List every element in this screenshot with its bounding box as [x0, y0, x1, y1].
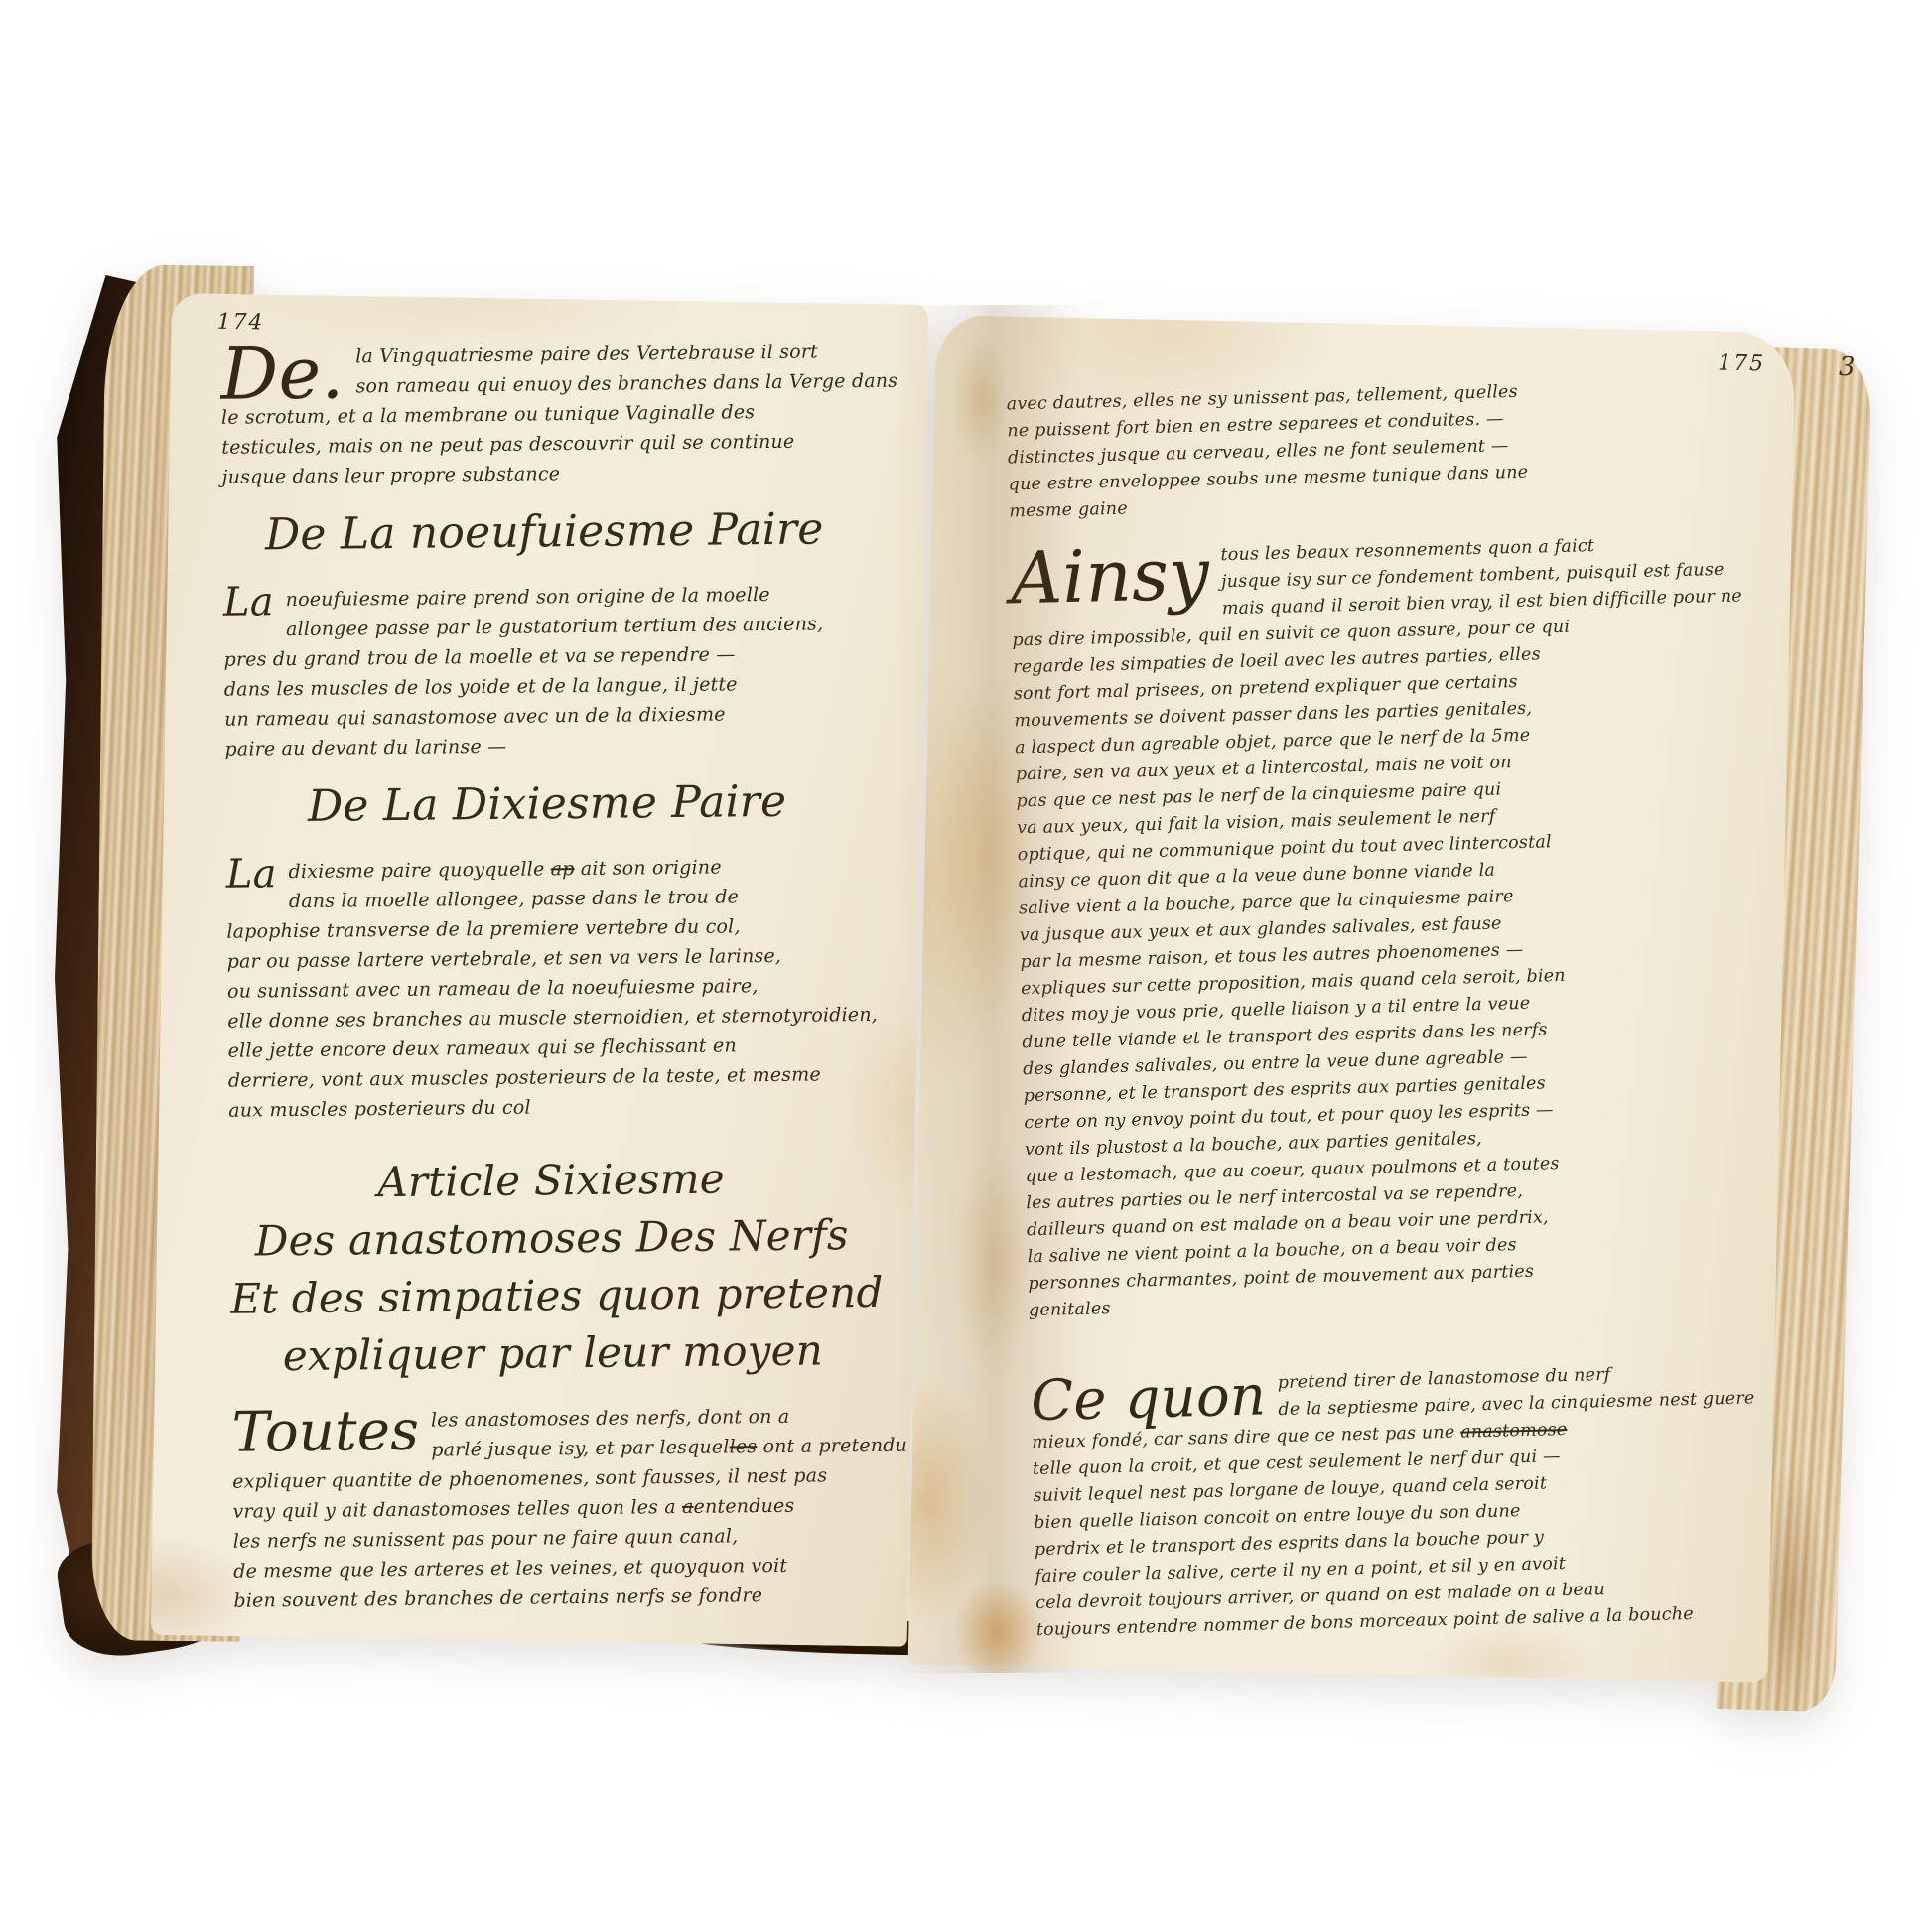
manuscript-paragraph: Ce quonpretend tirer de lanastomose du n…	[1031, 1359, 1737, 1644]
open-manuscript-book: 174 De.la Vingquatriesme paire des Verte…	[55, 253, 1876, 1663]
page-number-right: 175	[1718, 350, 1766, 376]
manuscript-paragraph: Toutesles anastomoses des nerfs, dont on…	[231, 1401, 877, 1616]
page-right-text: avec dautres, elles ne sy unissent pas, …	[1006, 374, 1737, 1644]
decorated-initial-word: Ainsy	[1010, 545, 1209, 608]
manuscript-page-right: 175 avec dautres, elles ne sy unissent p…	[908, 315, 1796, 1683]
struck-word: a	[682, 1496, 694, 1518]
decorated-initial-word: De.	[220, 344, 344, 402]
manuscript-line: paire au devant du larinse —	[224, 728, 868, 764]
manuscript-line: bien souvent des branches de certains ne…	[233, 1580, 877, 1616]
struck-word: ap	[551, 858, 575, 880]
manuscript-paragraph: De.la Vingquatriesme paire des Vertebrau…	[220, 337, 866, 492]
manuscript-paragraph: Ladixiesme paire quoyquelle ap ait son o…	[226, 851, 873, 1126]
heading-line: Et des simpaties quon pretend	[230, 1264, 875, 1328]
edge-page-number: 3	[1839, 352, 1856, 382]
struck-word: les	[729, 1436, 757, 1457]
manuscript-paragraph: Lanoeufuiesme paire prend son origine de…	[223, 579, 869, 764]
photo-background: 174 De.la Vingquatriesme paire des Verte…	[0, 0, 1932, 1932]
heading-line: expliquer par leur moyen	[231, 1321, 876, 1386]
decorated-initial-word: Toutes	[231, 1408, 419, 1457]
heading-line: De La Dixiesme Paire	[225, 773, 870, 836]
manuscript-paragraph: Ainsytous les beaux resonnements quon a …	[1010, 530, 1729, 1324]
section-heading: De La noeufuiesme Paire	[222, 501, 867, 564]
section-heading: De La Dixiesme Paire	[225, 773, 870, 836]
section-heading: Article SixiesmeDes anastomoses Des Nerf…	[229, 1149, 875, 1386]
struck-word: anastomose	[1460, 1420, 1568, 1443]
heading-line: De La noeufuiesme Paire	[222, 501, 867, 564]
page-left-text: De.la Vingquatriesme paire des Vertebrau…	[220, 337, 877, 1616]
manuscript-page-left: 174 De.la Vingquatriesme paire des Verte…	[151, 293, 928, 1647]
decorated-initial-word: La	[226, 857, 277, 892]
decorated-initial-word: Ce quon	[1031, 1372, 1267, 1426]
heading-line: Des anastomoses Des Nerfs	[229, 1206, 874, 1271]
heading-line: Article Sixiesme	[229, 1149, 874, 1213]
manuscript-line: jusque dans leur propre substance	[221, 456, 865, 492]
decorated-initial-word: La	[223, 585, 274, 620]
manuscript-paragraph: avec dautres, elles ne sy unissent pas, …	[1006, 374, 1710, 525]
manuscript-line: aux muscles posterieurs du col	[228, 1089, 872, 1126]
